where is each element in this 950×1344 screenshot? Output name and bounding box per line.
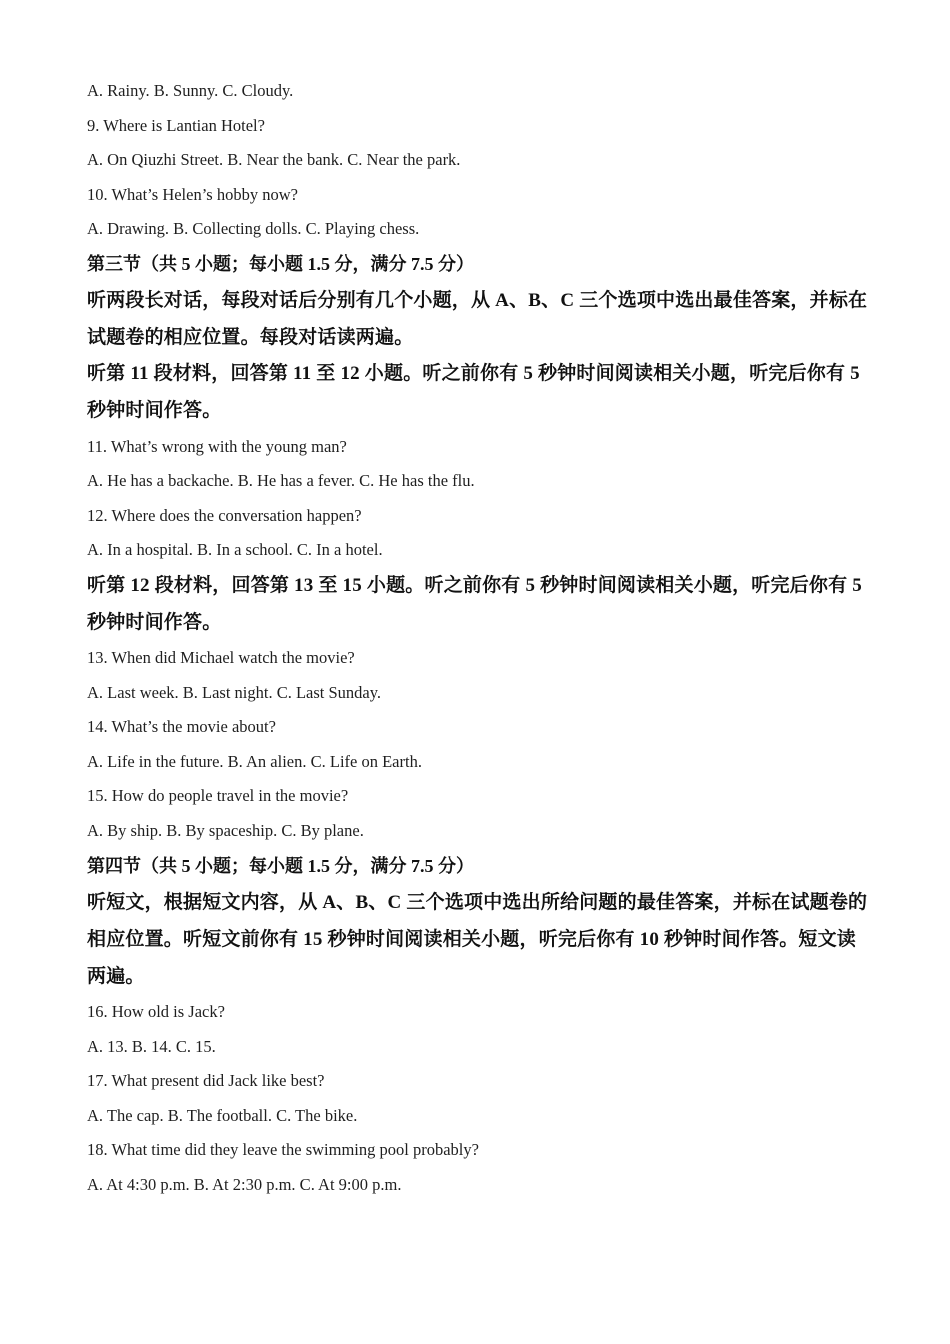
question-14: 14. What’s the movie about? — [87, 717, 276, 737]
section-3-instruction-line-2: 试题卷的相应位置。每段对话读两遍。 — [87, 326, 413, 350]
section-3-instruction-line-1: 听两段长对话，每段对话后分别有几个小题，从 A、B、C 三个选项中选出最佳答案，… — [87, 289, 867, 313]
question-11: 11. What’s wrong with the young man? — [87, 437, 347, 457]
section-4-instruction-line-3: 两遍。 — [87, 965, 145, 989]
question-16: 16. How old is Jack? — [87, 1002, 225, 1022]
options-q18: A. At 4:30 p.m. B. At 2:30 p.m. C. At 9:… — [87, 1175, 401, 1195]
question-10: 10. What’s Helen’s hobby now? — [87, 185, 298, 205]
options-q17: A. The cap. B. The football. C. The bike… — [87, 1106, 357, 1126]
section-4-instruction-line-2: 相应位置。听短文前你有 15 秒钟时间阅读相关小题，听完后你有 10 秒钟时间作… — [87, 928, 856, 952]
options-q16: A. 13. B. 14. C. 15. — [87, 1037, 216, 1057]
material-11-instruction-line-1: 听第 11 段材料，回答第 11 至 12 小题。听之前你有 5 秒钟时间阅读相… — [87, 362, 860, 386]
options-q11: A. He has a backache. B. He has a fever.… — [87, 471, 475, 491]
question-9: 9. Where is Lantian Hotel? — [87, 116, 265, 136]
question-18: 18. What time did they leave the swimmin… — [87, 1140, 479, 1160]
section-4-heading: 第四节（共 5 小题；每小题 1.5 分，满分 7.5 分） — [87, 854, 474, 878]
options-q10: A. Drawing. B. Collecting dolls. C. Play… — [87, 219, 419, 239]
section-3-heading: 第三节（共 5 小题；每小题 1.5 分，满分 7.5 分） — [87, 252, 474, 276]
options-q9: A. On Qiuzhi Street. B. Near the bank. C… — [87, 150, 460, 170]
question-17: 17. What present did Jack like best? — [87, 1071, 325, 1091]
material-12-instruction-line-1: 听第 12 段材料，回答第 13 至 15 小题。听之前你有 5 秒钟时间阅读相… — [87, 574, 862, 598]
options-q8: A. Rainy. B. Sunny. C. Cloudy. — [87, 81, 293, 101]
section-4-instruction-line-1: 听短文，根据短文内容，从 A、B、C 三个选项中选出所给问题的最佳答案，并标在试… — [87, 891, 867, 915]
options-q14: A. Life in the future. B. An alien. C. L… — [87, 752, 422, 772]
options-q15: A. By ship. B. By spaceship. C. By plane… — [87, 821, 364, 841]
document-page: A. Rainy. B. Sunny. C. Cloudy. 9. Where … — [0, 0, 950, 1344]
options-q12: A. In a hospital. B. In a school. C. In … — [87, 540, 383, 560]
question-13: 13. When did Michael watch the movie? — [87, 648, 355, 668]
material-11-instruction-line-2: 秒钟时间作答。 — [87, 399, 221, 423]
material-12-instruction-line-2: 秒钟时间作答。 — [87, 611, 221, 635]
question-12: 12. Where does the conversation happen? — [87, 506, 362, 526]
question-15: 15. How do people travel in the movie? — [87, 786, 348, 806]
options-q13: A. Last week. B. Last night. C. Last Sun… — [87, 683, 381, 703]
